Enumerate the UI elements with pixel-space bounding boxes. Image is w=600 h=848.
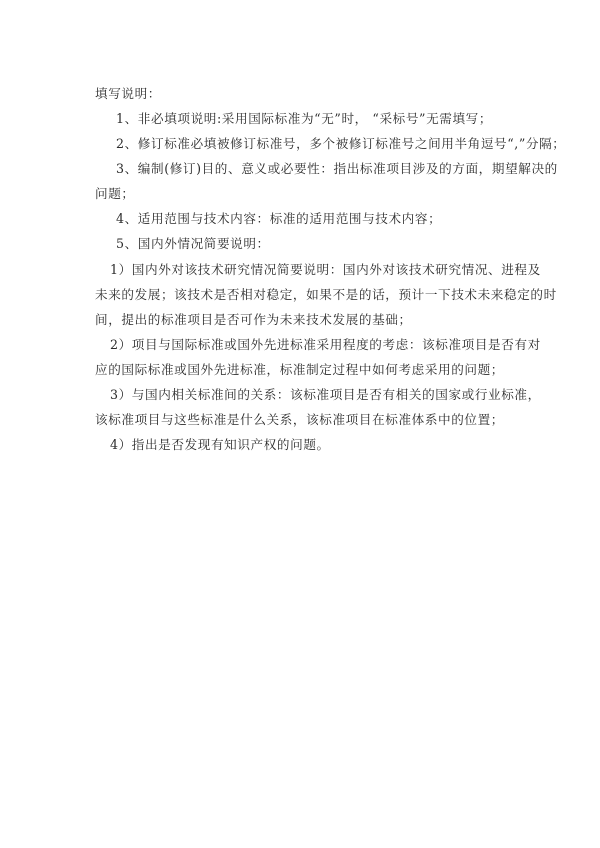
item-5: 5、国内外情况简要说明： — [116, 236, 536, 252]
item-4: 4、适用范围与技术内容：标准的适用范围与技术内容； — [116, 211, 536, 227]
subitem-1-line-3: 间，提出的标准项目是否可作为未来技术发展的基础； — [95, 312, 515, 328]
subitem-4-line-1: 4）指出是否发现有知识产权的问题。 — [110, 437, 530, 453]
instructions-title: 填写说明： — [95, 86, 515, 102]
subitem-3-line-1: 3）与国内相关标准间的关系：该标准项目是否有相关的国家或行业标准， — [110, 387, 530, 403]
item-1: 1、非必填项说明:采用国际标准为“无”时， “采标号”无需填写； — [116, 111, 536, 127]
document-page: 填写说明： 1、非必填项说明:采用国际标准为“无”时， “采标号”无需填写； 2… — [0, 0, 600, 848]
subitem-2-line-2: 应的国际标准或国外先进标准，标准制定过程中如何考虑采用的问题； — [95, 362, 515, 378]
subitem-2-line-1: 2）项目与国际标准或国外先进标准采用程度的考虑：该标准项目是否有对 — [110, 337, 530, 353]
subitem-3-line-2: 该标准项目与这些标准是什么关系，该标准项目在标准体系中的位置； — [95, 412, 515, 428]
item-3: 3、编制(修订)目的、意义或必要性：指出标准项目涉及的方面，期望解决的 — [116, 161, 536, 177]
item-3-continuation: 问题； — [95, 186, 515, 202]
scan-speck — [487, 418, 489, 420]
subitem-1-line-2: 未来的发展；该技术是否相对稳定，如果不是的话，预计一下技术未来稳定的时 — [95, 287, 515, 303]
item-2: 2、修订标准必填被修订标准号，多个被修订标准号之间用半角逗号“,”分隔； — [116, 136, 536, 152]
subitem-1-line-1: 1）国内外对该技术研究情况简要说明：国内外对该技术研究情况、进程及 — [110, 262, 530, 278]
